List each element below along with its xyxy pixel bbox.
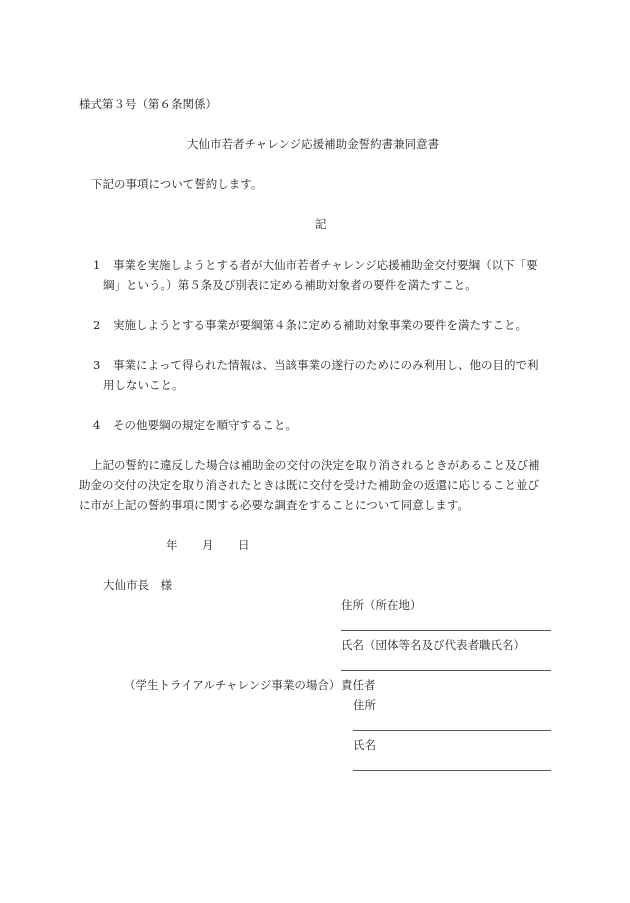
- item-text-cont: 用しないこと。: [103, 378, 184, 392]
- address-field-line[interactable]: [341, 630, 551, 631]
- item-number: 2: [93, 318, 100, 332]
- item-text: 事業によって得られた情報は、当該事業の遂行のためにのみ利用し、他の目的で利: [113, 358, 539, 372]
- item-text: 実施しようとする事業が要綱第４条に定める補助対象事業の要件を満たすこと。: [113, 318, 527, 332]
- name-field-line[interactable]: [341, 670, 551, 671]
- consent-line: 上記の誓約に違反した場合は補助金の交付の決定を取り消されるときがあること及び補: [91, 458, 540, 472]
- date-month: 月: [202, 538, 214, 552]
- resp-address-label: 住所: [353, 698, 376, 712]
- address-label: 住所（所在地）: [341, 598, 422, 612]
- item-number: 3: [93, 358, 100, 372]
- item-text: 事業を実施しようとする者が大仙市若者チャレンジ応援補助金交付要綱（以下「要: [113, 258, 538, 272]
- resp-name-label: 氏名: [353, 738, 376, 752]
- resp-address-field-line[interactable]: [353, 730, 551, 731]
- item-text: その他要綱の規定を順守すること。: [113, 418, 297, 432]
- ki-heading: 記: [315, 217, 327, 231]
- date-year: 年: [166, 538, 178, 552]
- document-title: 大仙市若者チャレンジ応援補助金誓約書兼同意書: [187, 137, 439, 151]
- intro-text: 下記の事項について誓約します。: [91, 177, 262, 191]
- item-number: 1: [93, 258, 100, 272]
- item-text-cont: 綱」という。）第５条及び別表に定める補助対象者の要件を満たすこと。: [103, 278, 477, 292]
- consent-line: に市が上記の誓約事項に関する必要な調査をすることについて同意します。: [79, 498, 469, 512]
- consent-line: 助金の交付の決定を取り消されたときは既に交付を受けた補助金の返還に応じること並び: [79, 478, 539, 492]
- student-case-label: （学生トライアルチャレンジ事業の場合）: [124, 678, 340, 692]
- date-day: 日: [238, 538, 250, 552]
- name-label: 氏名（団体等名及び代表者職氏名）: [341, 638, 525, 652]
- addressee: 大仙市長 様: [103, 578, 172, 592]
- form-number: 様式第３号（第６条関係）: [79, 97, 217, 111]
- resp-name-field-line[interactable]: [353, 770, 551, 771]
- item-number: 4: [93, 418, 100, 432]
- responsible-label: 責任者: [341, 678, 376, 692]
